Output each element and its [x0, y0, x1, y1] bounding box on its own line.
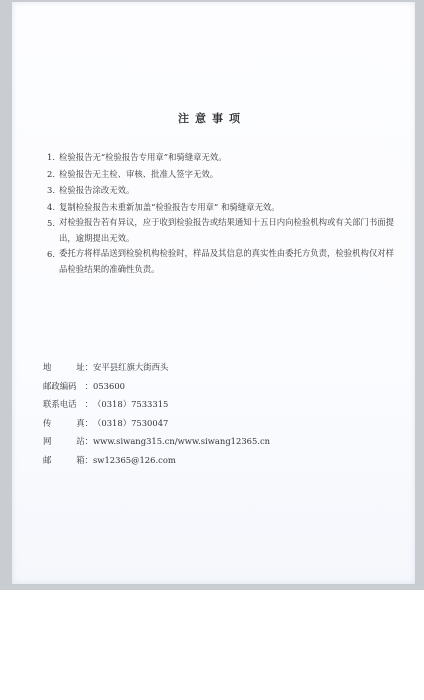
contact-label: 邮箱： [43, 454, 93, 466]
note-number: 3. [47, 182, 59, 199]
note-number: 2. [47, 166, 59, 183]
page-title: 注意事项 [0, 110, 424, 126]
note-number: 5. [47, 215, 59, 246]
note-text: 对检验报告若有异议，应于收到检验报告或结果通知十五日内向检验机构或有关部门书面提… [59, 215, 402, 246]
note-item: 3. 检验报告涂改无效。 [47, 182, 402, 199]
note-number: 6. [47, 246, 59, 277]
notes-list: 1. 检验报告无“检验报告专用章”和骑缝章无效。 2. 检验报告无主检、审核、批… [47, 149, 402, 277]
note-number: 4. [47, 199, 59, 216]
contact-value: （0318）7530047 [93, 417, 168, 429]
contact-value: sw12365@126.com [93, 455, 176, 465]
note-item: 5. 对检验报告若有异议，应于收到检验报告或结果通知十五日内向检验机构或有关部门… [47, 215, 402, 246]
contact-info: 地址： 安平县红旗大街西头 邮政编码： 053600 联系电话： （0318）7… [43, 358, 270, 469]
contact-email: 邮箱： sw12365@126.com [43, 451, 270, 470]
note-text: 检验报告涂改无效。 [59, 182, 402, 199]
note-item: 6. 委托方将样品送到检验机构检验时，样品及其信息的真实性由委托方负责，检验机构… [47, 246, 402, 277]
document-page [12, 2, 415, 584]
note-text: 委托方将样品送到检验机构检验时，样品及其信息的真实性由委托方负责，检验机构仅对样… [59, 246, 402, 277]
note-number: 1. [47, 149, 59, 166]
note-item: 4. 复制检验报告未重新加盖“检验报告专用章” 和骑缝章无效。 [47, 199, 402, 216]
note-text: 复制检验报告未重新加盖“检验报告专用章” 和骑缝章无效。 [59, 199, 402, 216]
contact-label: 邮政编码： [43, 380, 93, 392]
contact-label: 联系电话： [43, 398, 93, 410]
contact-postcode: 邮政编码： 053600 [43, 377, 270, 396]
contact-value: 053600 [93, 381, 125, 391]
contact-value: www.siwang315.cn/www.siwang12365.cn [93, 436, 270, 446]
note-text: 检验报告无主检、审核、批准人签字无效。 [59, 166, 402, 183]
note-item: 1. 检验报告无“检验报告专用章”和骑缝章无效。 [47, 149, 402, 166]
contact-phone: 联系电话： （0318）7533315 [43, 395, 270, 414]
contact-website: 网站： www.siwang315.cn/www.siwang12365.cn [43, 432, 270, 451]
note-text: 检验报告无“检验报告专用章”和骑缝章无效。 [59, 149, 402, 166]
contact-fax: 传真： （0318）7530047 [43, 414, 270, 433]
contact-value: 安平县红旗大街西头 [93, 361, 168, 373]
contact-label: 传真： [43, 417, 93, 429]
note-item: 2. 检验报告无主检、审核、批准人签字无效。 [47, 166, 402, 183]
contact-address: 地址： 安平县红旗大街西头 [43, 358, 270, 377]
contact-label: 网站： [43, 435, 93, 447]
contact-value: （0318）7533315 [93, 398, 168, 410]
contact-label: 地址： [43, 361, 93, 373]
